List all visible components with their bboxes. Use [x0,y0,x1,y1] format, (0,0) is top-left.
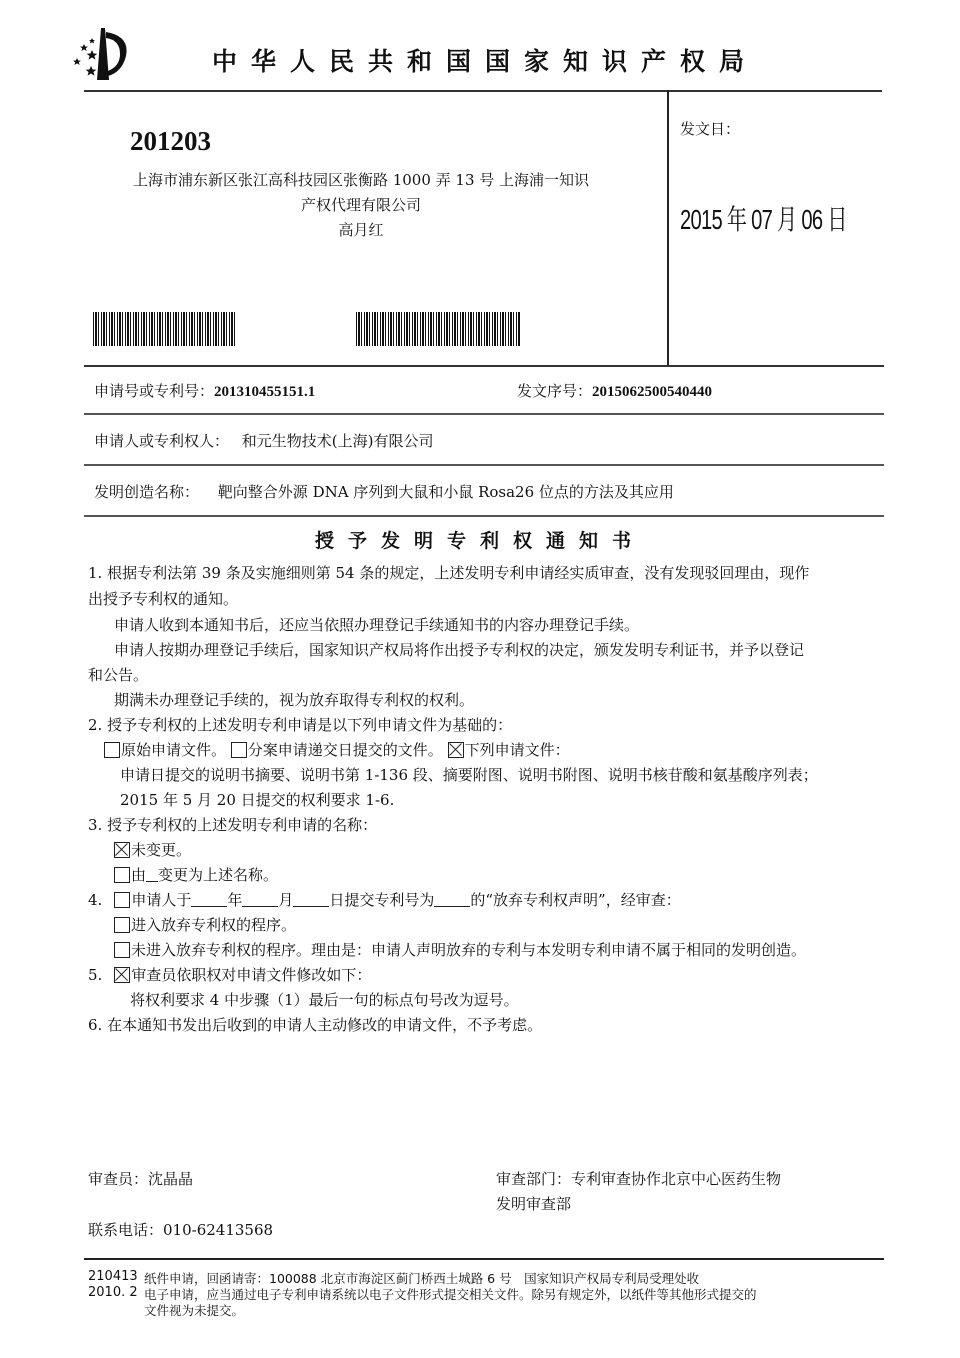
footer-line3: 文件视为未提交。 [144,1301,244,1319]
divider-address [84,365,884,367]
serial-number: 2015062500540440 [592,384,712,400]
option-following-docs-label: 下列申请文件： [465,741,570,759]
applicant-name: 和元生物技术(上海)有限公司 [242,432,434,450]
checkbox-divisional-docs[interactable] [231,742,247,758]
item2-heading: 2. 授予专利权的上述发明专利申请是以下列申请文件为基础的： [88,714,512,735]
contact-phone: 联系电话：010-62413568 [88,1219,273,1240]
item5-detail: 将权利要求 4 中步骤（1）最后一句的标点句号改为逗号。 [130,989,519,1010]
issue-date-label: 发文日： [680,118,740,139]
item1-line2: 出授予专利权的通知。 [88,588,238,609]
form-version: 2010. 2 [88,1285,138,1300]
invention-row: 发明创造名称： 靶向整合外源 DNA 序列到大鼠和小鼠 Rosa26 位点的方法… [94,481,674,502]
option-name-changed-label: 变更为上述名称。 [158,866,278,884]
department-line1: 审查部门：专利审查协作北京中心医药生物 [496,1168,781,1189]
divider-fields2 [84,464,884,466]
divider-fields1 [84,413,884,415]
item4-text-month: 月 [278,891,293,909]
applicant-label: 申请人或专利权人： [94,432,229,450]
option-name-changed-from: 由 [131,866,146,884]
item5-row: 5.审查员依职权对申请文件修改如下： [88,964,371,985]
issue-date-value: 2015 年 07 月 06 日 [680,198,847,238]
application-number: 201310455151.1 [214,384,315,400]
blank-month[interactable] [242,892,278,907]
item6: 6. 在本通知书发出后收到的申请人主动修改的申请文件，不予考虑。 [88,1014,542,1035]
item2-options: 原始申请文件。 分案申请递交日提交的文件。 下列申请文件： [104,739,570,760]
serial-number-label: 发文序号： [517,382,592,400]
examiner: 审查员：沈晶晶 [88,1168,193,1189]
item4-row: 4.申请人于年月日提交专利号为的“放弃专利权声明”，经审查： [88,889,681,910]
address-line-1: 上海市浦东新区张江高科技园区张衡路 1000 弄 13 号 上海浦一知识 [96,168,626,193]
checkbox-original-docs[interactable] [104,742,120,758]
divider-top [84,90,882,92]
applicant-row: 申请人或专利权人： 和元生物技术(上海)有限公司 [94,430,434,451]
option-divisional-docs-label: 分案申请递交日提交的文件。 [248,741,443,759]
notice-title: 授予发明专利权通知书 [0,526,960,553]
blank-day[interactable] [293,892,329,907]
option-waiver-not-proceed-label: 未进入放弃专利权的程序。理由是：申请人声明放弃的专利与本发明专利申请不属于相同的… [131,941,806,959]
address-line-2: 产权代理有限公司 [96,193,626,218]
checkbox-waiver-not-proceed[interactable] [114,942,130,958]
recipient-name: 高月红 [96,218,626,243]
blank-year[interactable] [191,892,227,907]
barcode-left [93,312,237,346]
checkbox-name-unchanged[interactable] [114,842,130,858]
checkbox-name-changed[interactable] [114,867,130,883]
application-number-label: 申请号或专利号： [94,382,214,400]
item5-text: 审查员依职权对申请文件修改如下： [131,966,371,984]
checkbox-waiver[interactable] [114,892,130,908]
item4-text-e: 的“放弃专利权声明”，经审查： [470,891,680,909]
item4-option1: 进入放弃专利权的程序。 [114,914,296,935]
invention-title: 靶向整合外源 DNA 序列到大鼠和小鼠 Rosa26 位点的方法及其应用 [218,483,674,501]
option-name-unchanged-label: 未变更。 [131,841,191,859]
option-original-docs-label: 原始申请文件。 [121,741,226,759]
item3-option1: 未变更。 [114,839,191,860]
para-grant-line1: 申请人按期办理登记手续后，国家知识产权局将作出授予专利权的决定，颁发发明专利证书… [114,639,804,660]
para-registration: 申请人收到本通知书后，还应当依照办理登记手续通知书的内容办理登记手续。 [114,614,639,635]
divider-fields3 [84,515,884,517]
item4-text-year: 年 [227,891,242,909]
checkbox-examiner-amendment[interactable] [114,967,130,983]
item5-number: 5. [88,966,102,984]
item3-heading: 3. 授予专利权的上述发明专利申请的名称： [88,814,377,835]
item4-option2: 未进入放弃专利权的程序。理由是：申请人声明放弃的专利与本发明专利申请不属于相同的… [114,939,806,960]
application-number-row: 申请号或专利号：201310455151.1 [94,380,315,401]
checkbox-waiver-proceed[interactable] [114,917,130,933]
invention-label: 发明创造名称： [94,483,199,501]
postal-code: 201203 [130,126,211,157]
para-grant-line2: 和公告。 [88,664,148,685]
department-line2: 发明审查部 [496,1193,571,1214]
blank-old-name[interactable] [146,867,158,882]
item3-option2: 由变更为上述名称。 [114,864,278,885]
checkbox-following-docs[interactable] [448,742,464,758]
cnipa-logo-icon [68,24,140,84]
serial-number-row: 发文序号：2015062500540440 [517,380,712,401]
blank-patent-number[interactable] [434,892,470,907]
item4-text-a: 申请人于 [131,891,191,909]
item1-line1: 1. 根据专利法第 39 条及实施细则第 54 条的规定，上述发明专利申请经实质… [88,562,809,583]
item2-detail1: 申请日提交的说明书摘要、说明书第 1-136 段、摘要附图、说明书附图、说明书核… [120,764,818,785]
divider-footer [84,1258,884,1260]
item4-text-day: 日提交专利号为 [329,891,434,909]
barcode-right [356,312,521,346]
office-title: 中华人民共和国国家知识产权局 [212,42,758,78]
divider-vertical [667,90,669,366]
option-waiver-proceed-label: 进入放弃专利权的程序。 [131,916,296,934]
item4-number: 4. [88,891,102,909]
form-code: 210413 [88,1269,138,1284]
para-expiry: 期满未办理登记手续的，视为放弃取得专利权的权利。 [114,689,474,710]
item2-detail2: 2015 年 5 月 20 日提交的权利要求 1-6. [120,789,394,810]
